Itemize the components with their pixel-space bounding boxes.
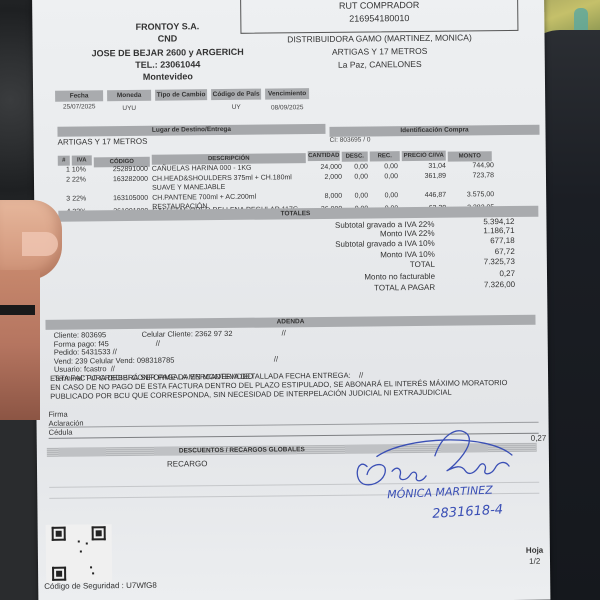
meta-header-fecha: Fecha bbox=[55, 90, 103, 102]
separator: // bbox=[274, 354, 278, 363]
field-cedula: Cédula bbox=[49, 427, 84, 436]
total-value: 0,27 bbox=[435, 269, 515, 279]
buyer-rut-box: RUT COMPRADOR 216954180010 bbox=[240, 0, 518, 34]
separator: // bbox=[282, 328, 286, 337]
handwritten-name: MÓNICA MARTINEZ bbox=[387, 484, 494, 502]
total-label: Monto IVA 22% bbox=[285, 229, 435, 240]
item-n: 2 bbox=[58, 176, 70, 185]
total-label: Monto IVA 10% bbox=[285, 250, 435, 261]
global-discounts-type: RECARGO bbox=[167, 459, 208, 468]
col-header-rec: REC. bbox=[370, 151, 400, 161]
hand bbox=[0, 270, 40, 420]
total-value: 677,18 bbox=[435, 236, 515, 246]
qr-code bbox=[46, 524, 113, 583]
item-amount: 744,90 bbox=[448, 161, 494, 170]
meta-vencimiento: 08/09/2025 bbox=[265, 104, 309, 111]
separator: // bbox=[113, 347, 117, 356]
item-price: 31,04 bbox=[402, 162, 446, 171]
total-value: 67,72 bbox=[435, 247, 515, 257]
item-amount: 723,78 bbox=[448, 171, 494, 180]
item-code: 163282000 bbox=[94, 175, 148, 185]
item-qty: 24,000 bbox=[308, 163, 342, 172]
delivery-value: ARTIGAS Y 17 METROS bbox=[58, 137, 148, 147]
invoice-paper: FRONTOY S.A. CND JOSE DE BEJAR 2600 y AR… bbox=[32, 0, 550, 600]
adenda-client-phone: Celular Cliente: 2362 97 32 bbox=[142, 329, 282, 339]
signature-fields: Firma Aclaración Cédula bbox=[48, 409, 83, 436]
meta-codigo-pais: UY bbox=[211, 104, 261, 112]
item-price: 361,89 bbox=[402, 172, 446, 181]
meta-moneda: UYU bbox=[107, 105, 151, 112]
purchase-id-header: Identificación Compra bbox=[329, 125, 539, 137]
total-value: 1.186,71 bbox=[435, 226, 515, 236]
buyer-city: La Paz, CANELONES bbox=[245, 57, 515, 73]
handwritten-signature: MÓNICA MARTINEZ 2831618-4 bbox=[347, 425, 538, 527]
meta-tipo-cambio bbox=[155, 102, 207, 103]
item-qty: 2,000 bbox=[308, 173, 342, 182]
issuer-city: Montevideo bbox=[73, 70, 263, 84]
item-code: 163105000 bbox=[94, 194, 148, 204]
item-disc: 0,00 bbox=[342, 162, 368, 171]
meta-header-moneda: Moneda bbox=[107, 90, 151, 101]
wristband bbox=[0, 305, 35, 315]
total-value: 7.325,73 bbox=[435, 257, 515, 267]
meta-header-codigo-pais: Código de País bbox=[211, 89, 261, 101]
item-amount: 3.575,00 bbox=[448, 190, 494, 199]
item-qty: 8,000 bbox=[308, 192, 342, 201]
col-header-cantidad: CANTIDAD bbox=[308, 151, 340, 161]
item-code: 252891000 bbox=[94, 165, 148, 175]
total-label: Monto no facturable bbox=[285, 272, 435, 283]
meta-fecha: 25/07/2025 bbox=[55, 103, 103, 111]
meta-header-tipo-cambio: Tipo de Cambio bbox=[155, 89, 207, 101]
item-n: 3 bbox=[58, 195, 70, 204]
separator: // bbox=[156, 338, 160, 347]
col-header-precio: PRECIO C/IVA bbox=[402, 151, 446, 161]
item-price: 446,87 bbox=[402, 191, 446, 200]
item-iva: 10% bbox=[72, 165, 94, 174]
item-disc: 0,00 bbox=[342, 172, 368, 181]
purchase-id-value: CI: 803695 / 0 bbox=[330, 136, 371, 143]
legal-text: ESTA FACTURA DEBERÁ SER PAGADA EN MONTEV… bbox=[50, 369, 550, 401]
page-number: 1/2 bbox=[526, 556, 543, 567]
total-label: TOTAL A PAGAR bbox=[285, 283, 435, 294]
col-header-desc: DESC. bbox=[342, 151, 368, 161]
delivery-header: Lugar de Destino/Entrega bbox=[57, 124, 325, 137]
issuer-address: JOSE DE BEJAR 2600 y ARGERICH bbox=[73, 46, 263, 60]
item-description: CAÑUELAS HARINA 000 - 1KG bbox=[152, 163, 312, 174]
col-header-monto: MONTO bbox=[448, 151, 492, 161]
item-disc: 0,00 bbox=[342, 191, 368, 200]
thumbnail bbox=[22, 232, 58, 256]
col-header-num: # bbox=[58, 156, 70, 166]
item-rec: 0,00 bbox=[370, 162, 398, 171]
rut-number: 216954180010 bbox=[241, 11, 517, 27]
item-n: 1 bbox=[58, 166, 70, 175]
total-label: TOTAL bbox=[285, 260, 435, 271]
item-iva: 22% bbox=[72, 175, 94, 184]
issuer-branch: CND bbox=[72, 32, 262, 46]
buyer-block: DISTRIBUIDORA GAMO (MARTINEZ, MONICA) AR… bbox=[244, 31, 514, 73]
item-rec: 0,00 bbox=[370, 172, 398, 181]
item-description: CH.HEAD&SHOULDERS 375ml + CH.180mlSUAVE … bbox=[152, 173, 312, 193]
security-code: Código de Seguridad : U7WfG8 bbox=[44, 581, 157, 591]
col-header-iva: IVA bbox=[72, 155, 92, 165]
item-iva: 22% bbox=[72, 194, 94, 203]
total-value: 7.326,00 bbox=[435, 280, 515, 290]
handwritten-id: 2831618-4 bbox=[432, 502, 504, 521]
page-indicator: Hoja 1/2 bbox=[526, 545, 544, 567]
page-label: Hoja bbox=[526, 545, 543, 556]
field-firma: Firma bbox=[48, 409, 83, 418]
total-label: Subtotal gravado a IVA 10% bbox=[285, 239, 435, 250]
meta-header-vencimiento: Vencimiento bbox=[265, 88, 309, 99]
issuer-block: FRONTOY S.A. CND JOSE DE BEJAR 2600 y AR… bbox=[72, 20, 263, 84]
item-rec: 0,00 bbox=[370, 191, 398, 200]
